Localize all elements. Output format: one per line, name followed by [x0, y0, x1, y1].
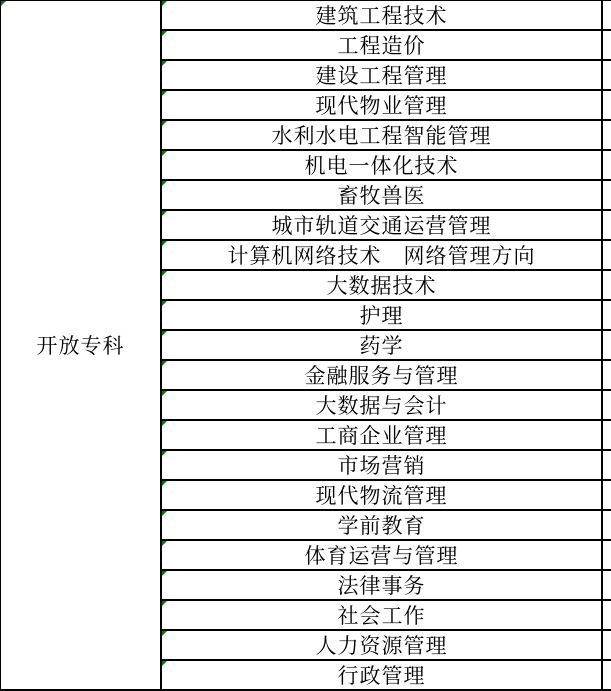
program-cell[interactable]: 大数据与会计 [160, 391, 611, 421]
error-indicator-icon [162, 421, 167, 426]
program-cell[interactable]: 体育运营与管理 [160, 541, 611, 571]
table-right-border [601, 1, 603, 691]
error-indicator-icon [162, 271, 167, 276]
error-indicator-icon [162, 601, 167, 606]
error-indicator-icon [162, 241, 167, 246]
error-indicator-icon [162, 511, 167, 516]
program-name: 建筑工程技术 [316, 0, 448, 30]
program-cell[interactable]: 水利水电工程智能管理 [160, 121, 611, 151]
program-name: 畜牧兽医 [338, 180, 426, 210]
program-name: 建设工程管理 [316, 60, 448, 90]
program-cell[interactable]: 药学 [160, 331, 611, 361]
error-indicator-icon [162, 481, 167, 486]
error-indicator-icon [162, 631, 167, 636]
category-label: 开放专科 [37, 330, 125, 360]
error-indicator-icon [162, 211, 167, 216]
error-indicator-icon [162, 121, 167, 126]
program-cell[interactable]: 工程造价 [160, 31, 611, 61]
program-cell[interactable]: 畜牧兽医 [160, 181, 611, 211]
program-name: 计算机网络技术 网络管理方向 [228, 240, 536, 270]
program-name: 现代物流管理 [316, 480, 448, 510]
program-name: 城市轨道交通运营管理 [272, 210, 492, 240]
program-cell[interactable]: 机电一体化技术 [160, 151, 611, 181]
error-indicator-icon [162, 1, 167, 6]
program-name: 现代物业管理 [316, 90, 448, 120]
error-indicator-icon [162, 661, 167, 666]
program-name: 社会工作 [338, 600, 426, 630]
program-cell[interactable]: 学前教育 [160, 511, 611, 541]
error-indicator-icon [162, 91, 167, 96]
program-name: 大数据技术 [327, 270, 437, 300]
error-indicator-icon [162, 391, 167, 396]
program-name: 人力资源管理 [316, 630, 448, 660]
program-cell[interactable]: 护理 [160, 301, 611, 331]
error-indicator-icon [1, 1, 6, 6]
program-cell[interactable]: 建设工程管理 [160, 61, 611, 91]
program-cell[interactable]: 工商企业管理 [160, 421, 611, 451]
program-cell[interactable]: 城市轨道交通运营管理 [160, 211, 611, 241]
program-cell[interactable]: 人力资源管理 [160, 631, 611, 661]
program-name: 金融服务与管理 [305, 360, 459, 390]
program-cell[interactable]: 金融服务与管理 [160, 361, 611, 391]
error-indicator-icon [162, 151, 167, 156]
program-cell[interactable]: 法律事务 [160, 571, 611, 601]
program-cell[interactable]: 现代物流管理 [160, 481, 611, 511]
program-cell[interactable]: 市场营销 [160, 451, 611, 481]
error-indicator-icon [162, 301, 167, 306]
program-cell[interactable]: 建筑工程技术 [160, 1, 611, 31]
program-cell[interactable]: 社会工作 [160, 601, 611, 631]
program-cell[interactable]: 大数据技术 [160, 271, 611, 301]
error-indicator-icon [162, 361, 167, 366]
program-name: 行政管理 [338, 660, 426, 690]
program-name: 市场营销 [338, 450, 426, 480]
program-name: 体育运营与管理 [305, 540, 459, 570]
spreadsheet-table: 开放专科 建筑工程技术 工程造价 建设工程管理 现代物业管理 水利水电工程智能管… [0, 0, 611, 691]
error-indicator-icon [162, 61, 167, 66]
program-name: 护理 [360, 300, 404, 330]
error-indicator-icon [162, 331, 167, 336]
program-name: 学前教育 [338, 510, 426, 540]
error-indicator-icon [162, 31, 167, 36]
program-cell[interactable]: 现代物业管理 [160, 91, 611, 121]
program-name: 工商企业管理 [316, 420, 448, 450]
program-name: 机电一体化技术 [305, 150, 459, 180]
program-name: 水利水电工程智能管理 [272, 120, 492, 150]
program-name: 大数据与会计 [316, 390, 448, 420]
program-name: 法律事务 [338, 570, 426, 600]
program-cell[interactable]: 计算机网络技术 网络管理方向 [160, 241, 611, 271]
program-name: 药学 [360, 330, 404, 360]
error-indicator-icon [162, 181, 167, 186]
error-indicator-icon [162, 541, 167, 546]
program-column: 建筑工程技术 工程造价 建设工程管理 现代物业管理 水利水电工程智能管理 机电一… [160, 1, 611, 691]
error-indicator-icon [162, 451, 167, 456]
category-cell[interactable]: 开放专科 [0, 1, 160, 691]
program-cell[interactable]: 行政管理 [160, 661, 611, 691]
error-indicator-icon [162, 571, 167, 576]
program-name: 工程造价 [338, 30, 426, 60]
